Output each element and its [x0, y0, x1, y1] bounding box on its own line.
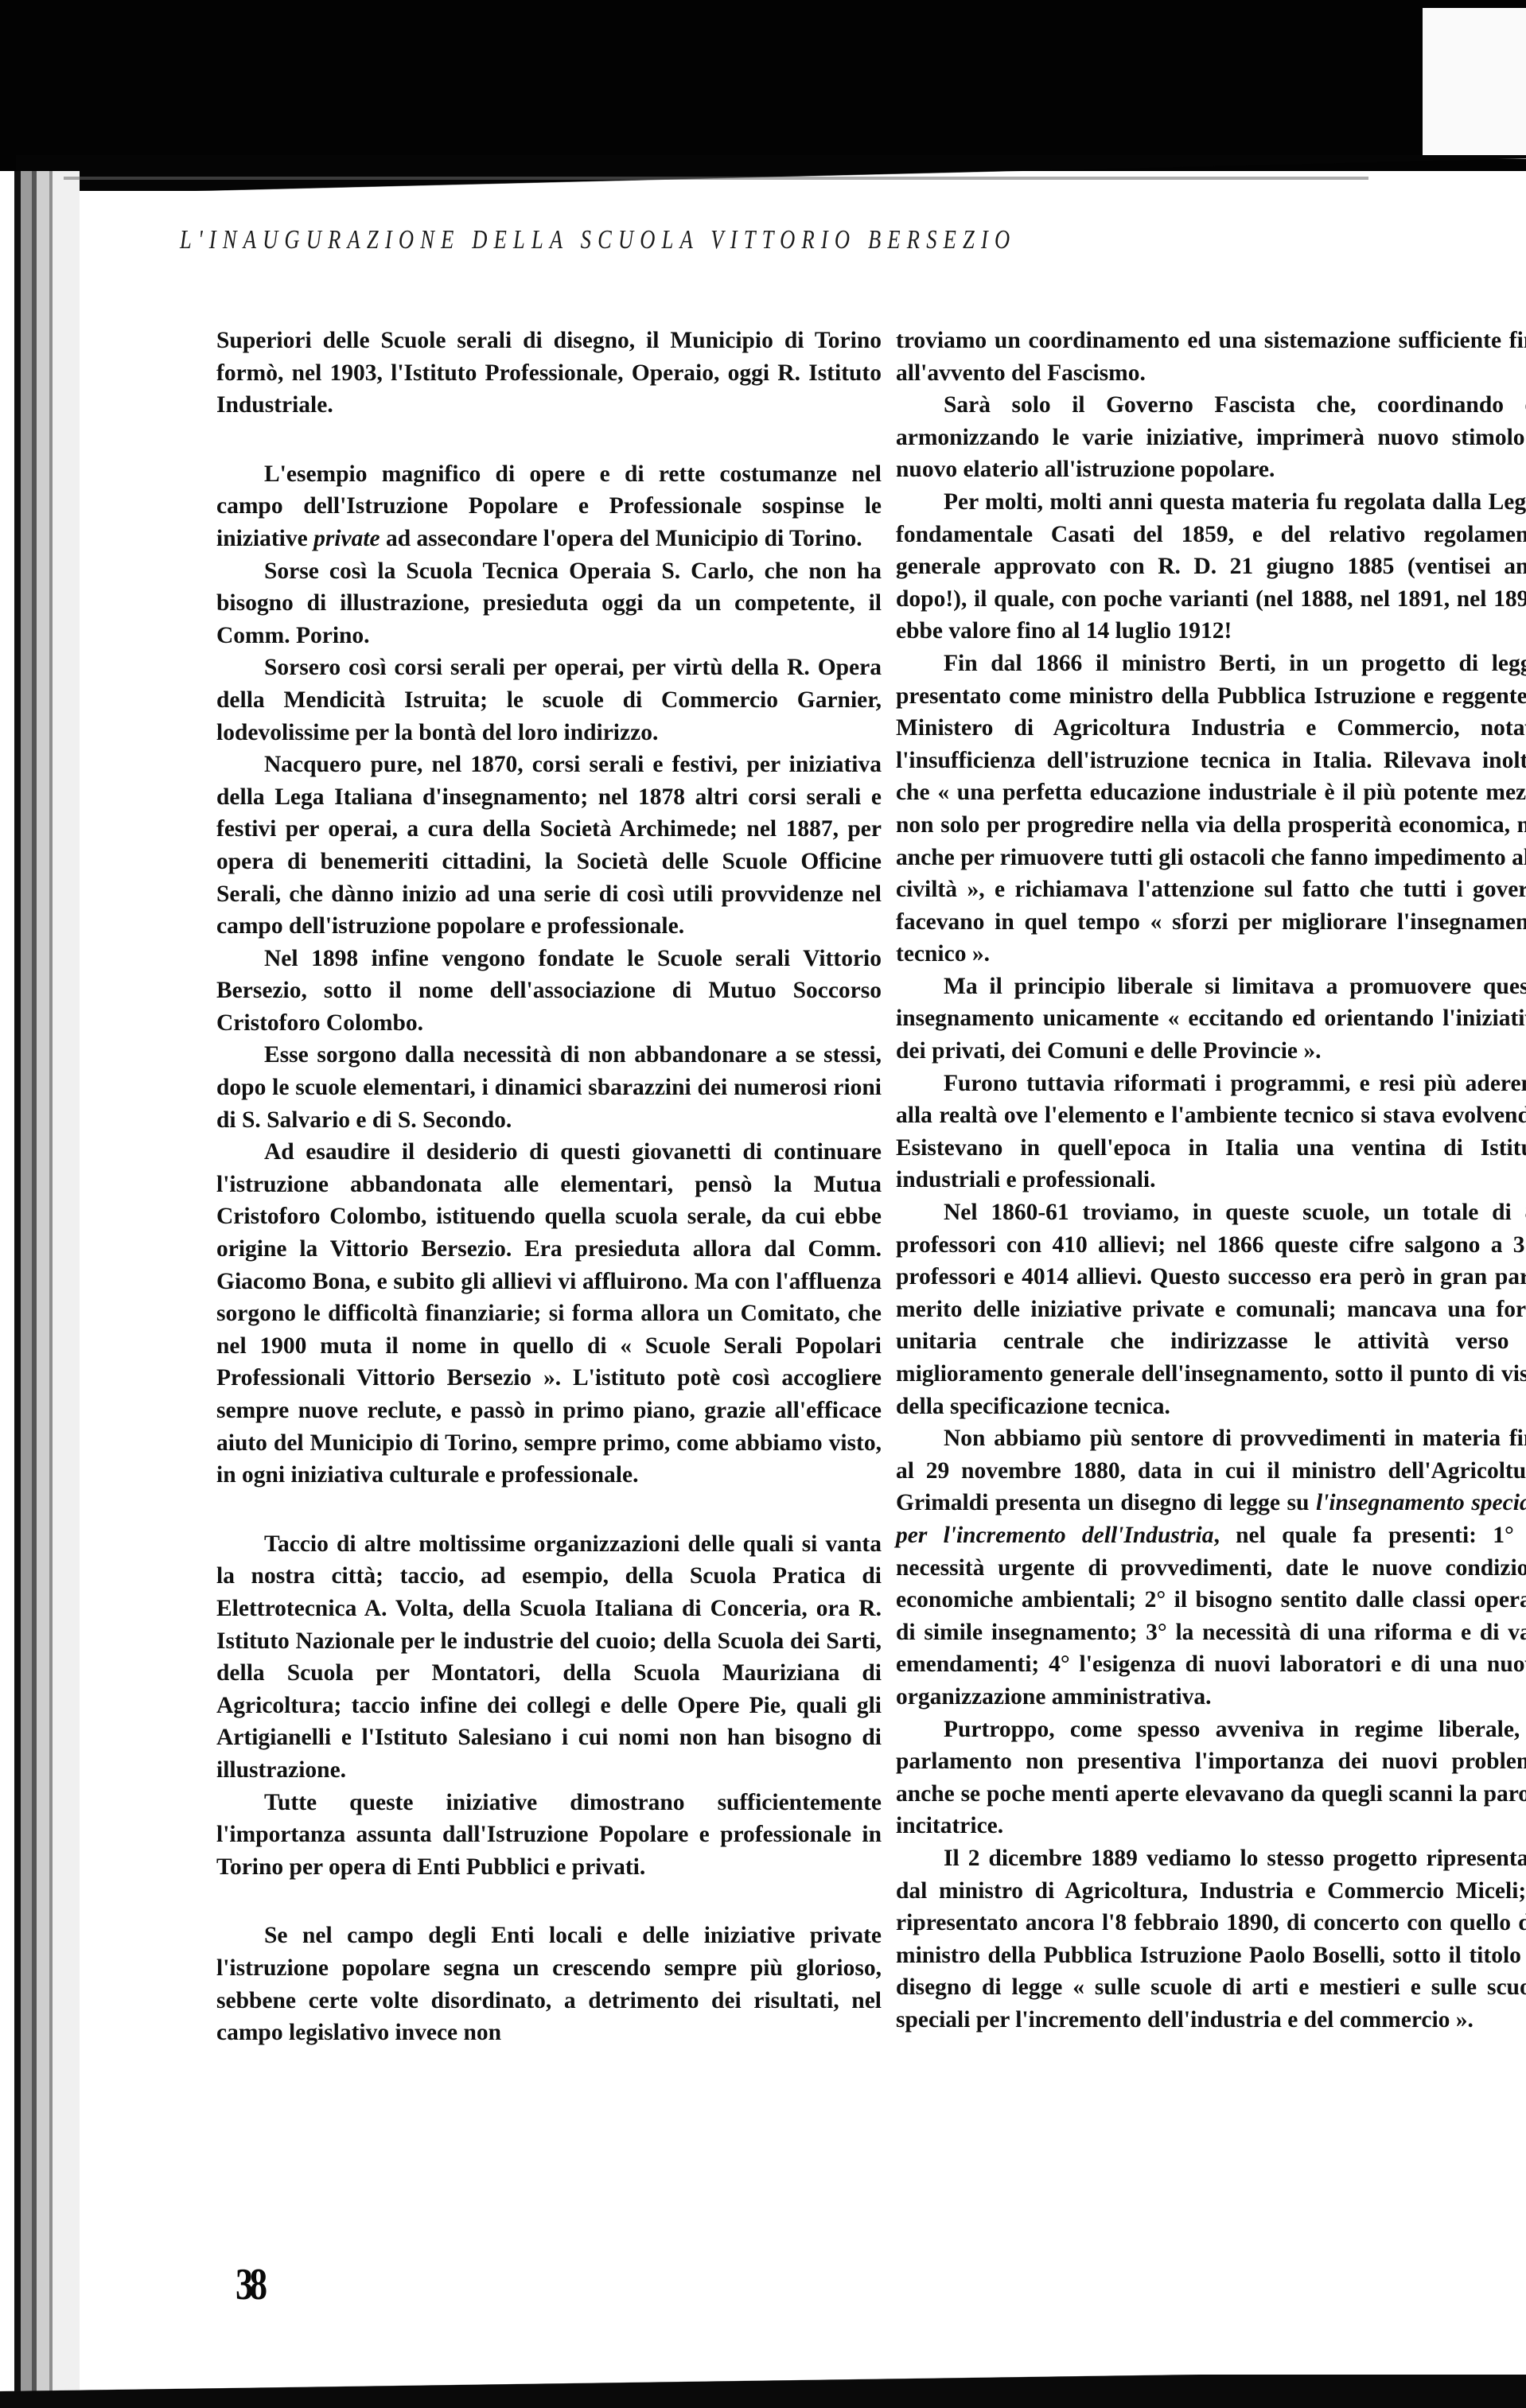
- paragraph: Ma il principio liberale si limitava a p…: [896, 971, 1526, 1068]
- paragraph: Per molti, molti anni questa materia fu …: [896, 486, 1526, 648]
- paragraph: Non abbiamo più sentore di provvedimenti…: [896, 1422, 1526, 1713]
- paragraph: troviamo un coordinamento ed una sistema…: [896, 325, 1526, 389]
- paragraph: Sarà solo il Governo Fascista che, coord…: [896, 389, 1526, 486]
- paragraph: Tutte queste iniziative dimostrano suffi…: [216, 1787, 882, 1884]
- paragraph: Esse sorgono dalla necessità di non abba…: [216, 1039, 882, 1136]
- paragraph: Nel 1860-61 troviamo, in queste scuole, …: [896, 1196, 1526, 1422]
- right-text-column: troviamo un coordinamento ed una sistema…: [896, 325, 1526, 2036]
- page-number: 38: [236, 2259, 263, 2310]
- italic-emphasis: private: [313, 526, 380, 551]
- paragraph: Superiori delle Scuole serali di disegno…: [216, 325, 882, 422]
- paragraph: Se nel campo degli Enti locali e delle i…: [216, 1920, 882, 2048]
- scan-shadow-top: [16, 155, 1526, 191]
- paragraph: Fin dal 1866 il ministro Berti, in un pr…: [896, 648, 1526, 971]
- page-top-edge: [64, 177, 1368, 180]
- running-header-title: L'INAUGURAZIONE DELLA SCUOLA VITTORIO BE…: [180, 225, 1111, 255]
- paragraph: Nacquero pure, nel 1870, corsi serali e …: [216, 749, 882, 943]
- left-text-column: Superiori delle Scuole serali di disegno…: [216, 325, 882, 2049]
- paragraph: Sorsero così corsi serali per operai, pe…: [216, 652, 882, 749]
- paragraph: Taccio di altre moltissime organizzazion…: [216, 1528, 882, 1787]
- paragraph: Il 2 dicembre 1889 vediamo lo stesso pro…: [896, 1842, 1526, 2036]
- paragraph: Purtroppo, come spesso avveniva in regim…: [896, 1714, 1526, 1842]
- scan-dark-border-top: [0, 0, 1526, 171]
- paragraph: L'esempio magnifico di opere e di rette …: [216, 458, 882, 555]
- scan-dark-border-bottom: [0, 2375, 1526, 2408]
- paragraph: Sorse così la Scuola Tecnica Operaia S. …: [216, 555, 882, 652]
- paragraph: Ad esaudire il desiderio di questi giova…: [216, 1136, 882, 1492]
- paragraph: Furono tuttavia riformati i programmi, e…: [896, 1068, 1526, 1196]
- scan-binding-edge-left: [0, 171, 80, 2408]
- paragraph: Nel 1898 infine vengono fondate le Scuol…: [216, 943, 882, 1040]
